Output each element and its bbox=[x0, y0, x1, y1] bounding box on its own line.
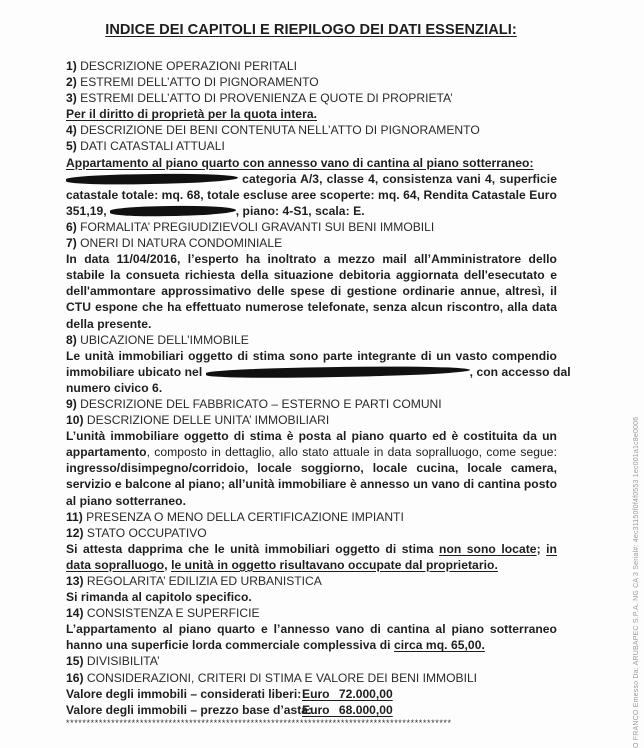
section-1-heading: 1) DESCRIZIONE OPERAZIONI PERITALI bbox=[66, 58, 557, 74]
value-amount: Euro 72.000,00 bbox=[302, 687, 393, 701]
value-label: Valore degli immobili – considerati libe… bbox=[66, 686, 302, 702]
section-10-heading: 10) DESCRIZIONE DELLE UNITA’ IMMOBILIARI bbox=[66, 412, 557, 428]
section-title: STATO OCCUPATIVO bbox=[83, 526, 206, 540]
section-number: 6) bbox=[66, 220, 77, 234]
section-title: DESCRIZIONE DELLE UNITA’ IMMOBILIARI bbox=[83, 413, 329, 427]
section-8-heading: 8) UBICAZIONE DELL’IMMOBILE bbox=[66, 332, 557, 348]
section-title: UBICAZIONE DELL’IMMOBILE bbox=[77, 333, 249, 347]
digital-signature-stamp: O FRANCO Emesso Da: ARUBAPEC S.P.A. NG C… bbox=[633, 417, 640, 748]
section-12-text: Si attesta dapprima che le unità immobil… bbox=[66, 541, 557, 573]
section-number: 13) bbox=[66, 574, 83, 588]
section-4-heading: 4) DESCRIZIONE DEI BENI CONTENUTA NELL’A… bbox=[66, 122, 557, 138]
section-3-note: Per il diritto di proprietà per la quota… bbox=[66, 106, 557, 122]
value-row-auction: Valore degli immobili – prezzo base d’as… bbox=[66, 702, 557, 718]
section-2-heading: 2) ESTREMI DELL’ATTO DI PIGNORAMENTO bbox=[66, 74, 557, 90]
section-number: 2) bbox=[66, 75, 77, 89]
section-number: 9) bbox=[66, 397, 77, 411]
section-number: 11) bbox=[66, 510, 83, 524]
section-8-text-line-2: immobiliare ubicato nel , con accesso da… bbox=[66, 364, 557, 380]
section-6-heading: 6) FORMALITA’ PREGIUDIZIEVOLI GRAVANTI S… bbox=[66, 219, 557, 235]
section-number: 4) bbox=[66, 123, 77, 137]
section-8-text-line-1: Le unità immobiliari oggetto di stima so… bbox=[66, 348, 557, 364]
section-14-heading: 14) CONSISTENZA E SUPERFICIE bbox=[66, 605, 557, 621]
section-number: 5) bbox=[66, 139, 77, 153]
section-10-text-line-2: appartamento, composto in dettaglio, all… bbox=[66, 444, 557, 460]
section-number: 12) bbox=[66, 526, 83, 540]
section-title: FORMALITA’ PREGIUDIZIEVOLI GRAVANTI SUI … bbox=[77, 220, 434, 234]
section-number: 16) bbox=[66, 671, 83, 685]
section-number: 15) bbox=[66, 654, 83, 668]
section-title: ESTREMI DELL’ATTO DI PIGNORAMENTO bbox=[77, 75, 319, 89]
section-number: 3) bbox=[66, 91, 77, 105]
section-16-heading: 16) CONSIDERAZIONI, CRITERI DI STIMA E V… bbox=[66, 670, 557, 686]
document-body: 1) DESCRIZIONE OPERAZIONI PERITALI 2) ES… bbox=[66, 58, 557, 728]
section-title: CONSISTENZA E SUPERFICIE bbox=[83, 606, 259, 620]
redaction-mark bbox=[110, 205, 236, 217]
section-7-heading: 7) ONERI DI NATURA CONDOMINIALE bbox=[66, 235, 557, 251]
section-8-text-line-3: numero civico 6. bbox=[66, 380, 557, 396]
section-title: DESCRIZIONE DEI BENI CONTENUTA NELL’ATTO… bbox=[77, 123, 480, 137]
section-11-heading: 11) PRESENZA O MENO DELLA CERTIFICAZIONE… bbox=[66, 509, 557, 525]
section-title: PRESENZA O MENO DELLA CERTIFICAZIONE IMP… bbox=[83, 510, 404, 524]
section-title: ONERI DI NATURA CONDOMINIALE bbox=[77, 236, 282, 250]
section-title: DESCRIZIONE OPERAZIONI PERITALI bbox=[77, 59, 297, 73]
separator-line: ****************************************… bbox=[66, 718, 557, 728]
section-10-text-line-1: L’unità immobiliare oggetto di stima è p… bbox=[66, 428, 557, 444]
section-number: 14) bbox=[66, 606, 83, 620]
section-number: 10) bbox=[66, 413, 83, 427]
section-10-text-line-3: ingresso/disimpegno/corridoio, locale so… bbox=[66, 460, 557, 508]
section-5-subtitle: Appartamento al piano quarto con annesso… bbox=[66, 155, 557, 171]
section-title: ESTREMI DELL’ATTO DI PROVENIENZA E QUOTE… bbox=[77, 91, 453, 105]
page-title: INDICE DEI CAPITOLI E RIEPILOGO DEI DATI… bbox=[0, 22, 622, 38]
value-row-free: Valore degli immobili – considerati libe… bbox=[66, 686, 557, 702]
section-5-text-line-3: 351,19,, piano: 4-S1, scala: E. bbox=[66, 203, 557, 219]
section-5-text-line-2: catastale totale: mq. 68, totale escluse… bbox=[66, 187, 557, 203]
section-14-text: L’appartamento al piano quarto e l’annes… bbox=[66, 621, 557, 653]
section-13-text: Si rimanda al capitolo specifico. bbox=[66, 589, 557, 605]
section-title: DIVISIBILITA’ bbox=[83, 654, 159, 668]
section-7-text: In data 11/04/2016, l’esperto ha inoltra… bbox=[66, 251, 557, 331]
section-15-heading: 15) DIVISIBILITA’ bbox=[66, 653, 557, 669]
section-13-heading: 13) REGOLARITA’ EDILIZIA ED URBANISTICA bbox=[66, 573, 557, 589]
section-5-heading: 5) DATI CATASTALI ATTUALI bbox=[66, 138, 557, 154]
section-number: 1) bbox=[66, 59, 77, 73]
section-title: CONSIDERAZIONI, CRITERI DI STIMA E VALOR… bbox=[83, 671, 477, 685]
redaction-mark bbox=[66, 172, 238, 185]
section-3-heading: 3) ESTREMI DELL’ATTO DI PROVENIENZA E QU… bbox=[66, 90, 557, 106]
value-label: Valore degli immobili – prezzo base d’as… bbox=[66, 702, 302, 718]
value-amount: Euro 68.000,00 bbox=[302, 703, 393, 717]
section-number: 7) bbox=[66, 236, 77, 250]
section-9-heading: 9) DESCRIZIONE DEL FABBRICATO – ESTERNO … bbox=[66, 396, 557, 412]
section-5-text-line-1: categoria A/3, classe 4, consistenza van… bbox=[66, 171, 557, 187]
section-12-heading: 12) STATO OCCUPATIVO bbox=[66, 525, 557, 541]
section-number: 8) bbox=[66, 333, 77, 347]
section-title: DESCRIZIONE DEL FABBRICATO – ESTERNO E P… bbox=[77, 397, 442, 411]
section-title: REGOLARITA’ EDILIZIA ED URBANISTICA bbox=[83, 574, 321, 588]
section-title: DATI CATASTALI ATTUALI bbox=[77, 139, 225, 153]
redaction-mark bbox=[206, 364, 470, 379]
